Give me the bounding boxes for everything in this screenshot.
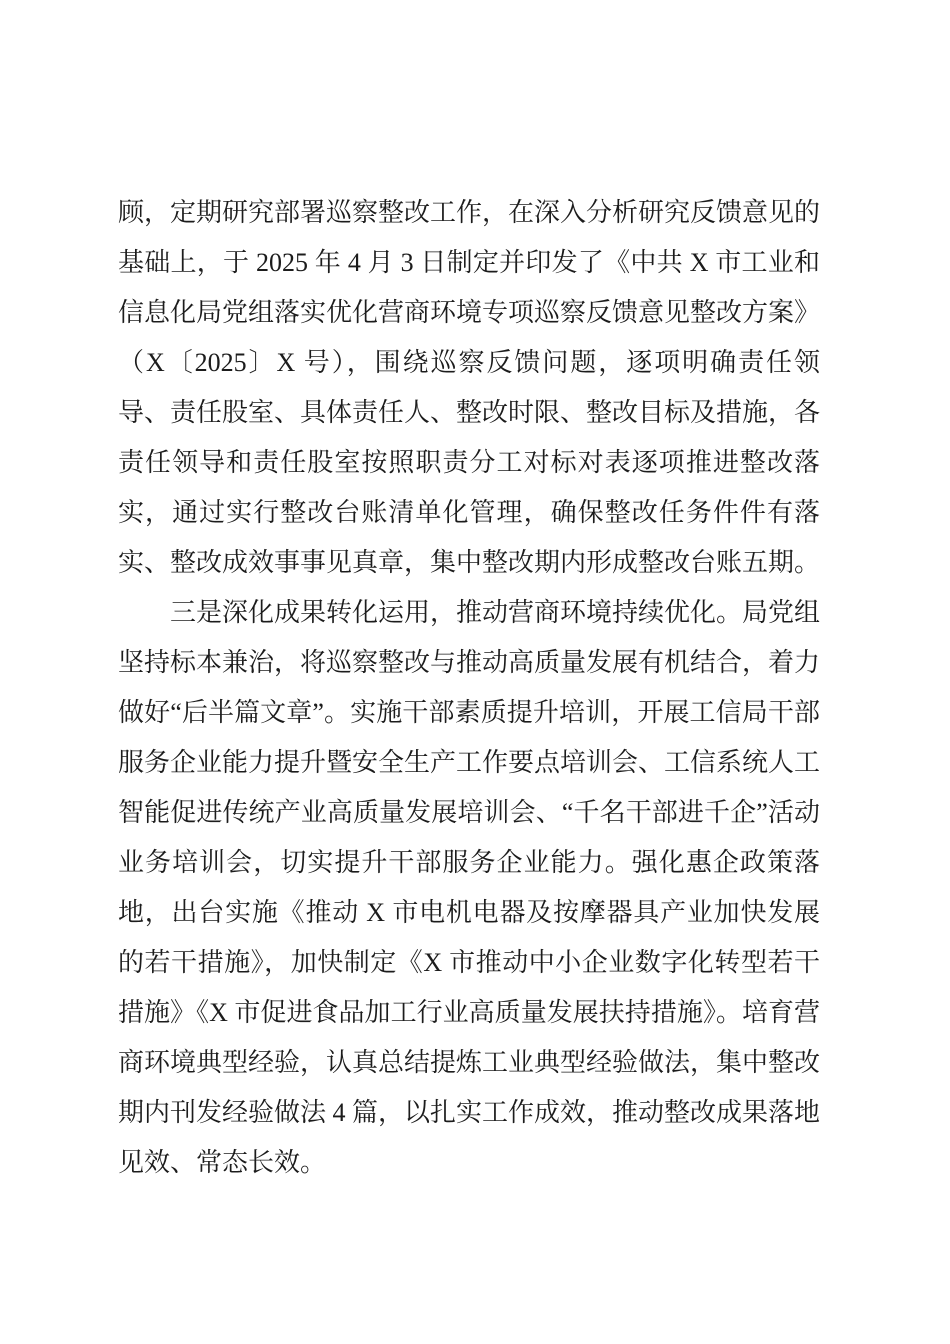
document-text-block: 顾，定期研究部署巡察整改工作，在深入分析研究反馈意见的基础上，于 2025 年 … [118,188,820,1188]
paragraph-continuation: 顾，定期研究部署巡察整改工作，在深入分析研究反馈意见的基础上，于 2025 年 … [118,188,820,588]
paragraph-third-point: 三是深化成果转化运用，推动营商环境持续优化。局党组坚持标本兼治，将巡察整改与推动… [118,588,820,1188]
document-page: 顾，定期研究部署巡察整改工作，在深入分析研究反馈意见的基础上，于 2025 年 … [0,0,950,1344]
